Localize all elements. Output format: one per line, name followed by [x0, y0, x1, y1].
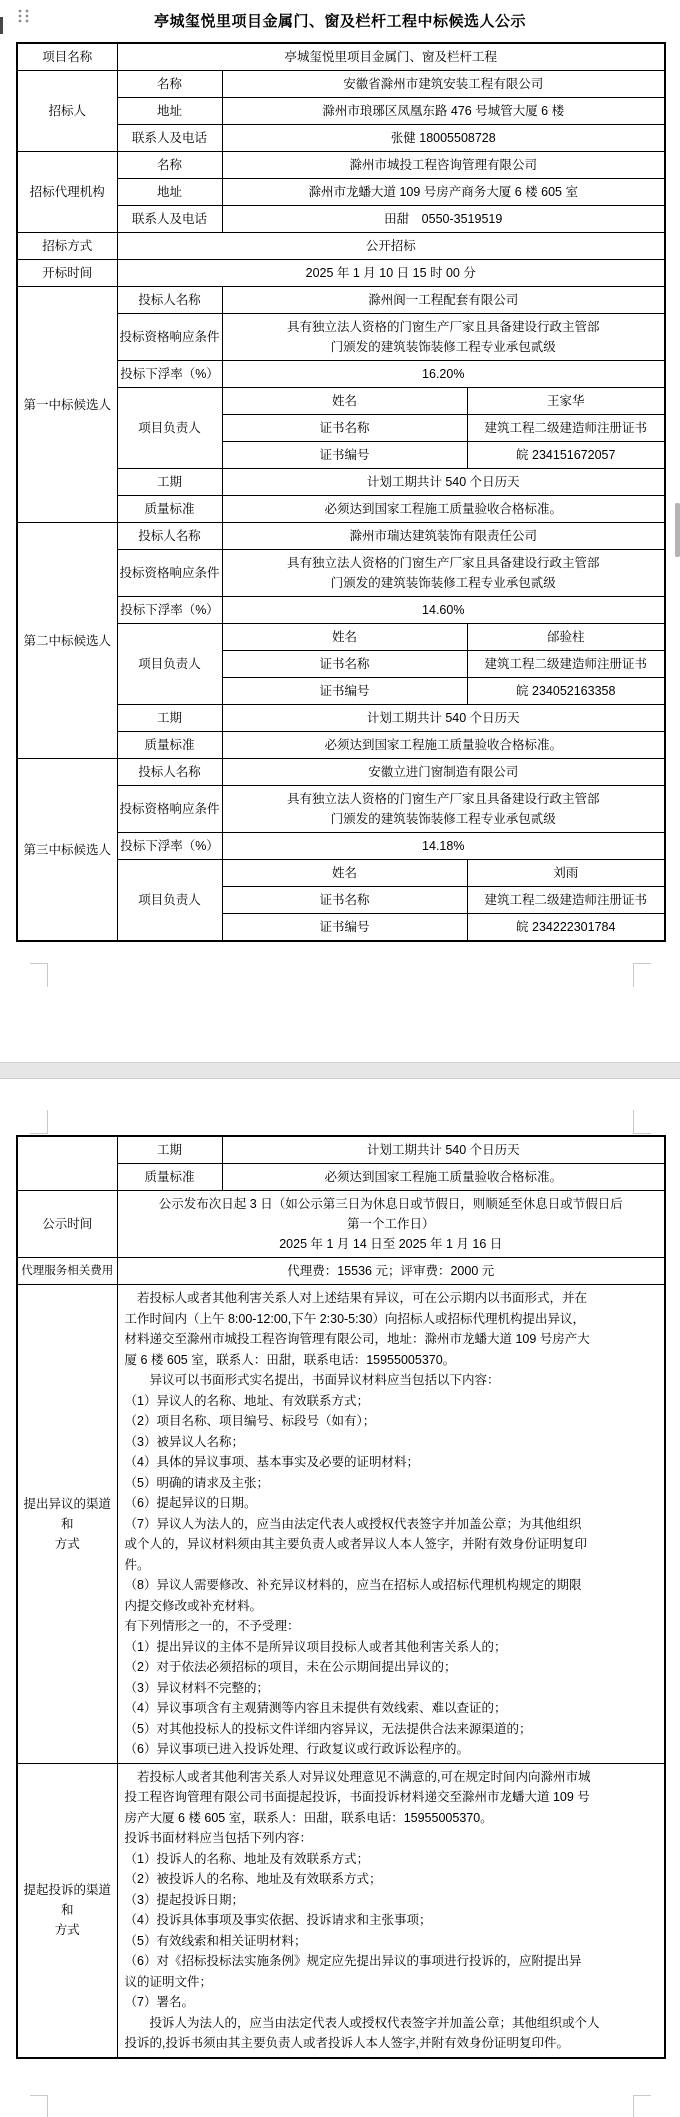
project-name-label: 项目名称	[17, 43, 117, 71]
table-row: 第一中标候选人 投标人名称 滁州阆一工程配套有限公司	[17, 287, 665, 314]
table-move-handle-icon[interactable]	[16, 8, 31, 24]
margin-mark-page2-bottom-right	[633, 2095, 651, 2117]
quality-value: 必须达到国家工程施工质量验收合格标准。	[222, 1164, 665, 1191]
duration-value: 计划工期共计 540 个日历天	[222, 705, 665, 732]
bidder-name-label: 投标人名称	[117, 287, 222, 314]
duration-value: 计划工期共计 540 个日历天	[222, 469, 665, 496]
table-row: 提出异议的渠道和 方式 若投标人或者其他利害关系人对上述结果有异议，可在公示期内…	[17, 1285, 665, 1764]
discount-label: 投标下浮率（%）	[117, 833, 222, 860]
person-name-label: 姓名	[222, 624, 467, 651]
qualification-label: 投标资格响应条件	[117, 550, 222, 597]
margin-mark-page2-bottom-left	[30, 2095, 48, 2117]
tenderer-name-value: 安徽省滁州市建筑安装工程有限公司	[222, 71, 665, 98]
document: 亭城玺悦里项目金属门、窗及栏杆工程中标候选人公示 项目名称 亭城玺悦里项目金属门…	[0, 0, 680, 2117]
bidder-name-value: 滁州市瑞达建筑装饰有限责任公司	[222, 523, 665, 550]
candidate-1-section: 第一中标候选人 投标人名称 滁州阆一工程配套有限公司 投标资格响应条件 具有独立…	[17, 287, 665, 523]
complaint-channel-label: 提起投诉的渠道和 方式	[17, 1763, 117, 2058]
qualification-value: 具有独立法人资格的门窗生产厂家且具备建设行政主管部 门颁发的建筑装饰装修工程专业…	[222, 314, 665, 361]
agency-contact-value: 田甜 0550-3519519	[222, 206, 665, 233]
tenderer-contact-value: 张健 18005508728	[222, 125, 665, 152]
page-2: 工期 计划工期共计 540 个日历天 质量标准 必须达到国家工程施工质量验收合格…	[0, 1079, 680, 2117]
table-row: 工期 计划工期共计 540 个日历天	[17, 1136, 665, 1164]
agency-address-value: 滁州市龙蟠大道 109 号房产商务大厦 6 楼 605 室	[222, 179, 665, 206]
bidder-name-value: 滁州阆一工程配套有限公司	[222, 287, 665, 314]
method-value: 公开招标	[117, 233, 665, 260]
open-time-value: 2025 年 1 月 10 日 15 时 00 分	[117, 260, 665, 287]
quality-label: 质量标准	[117, 1164, 222, 1191]
cert-name-label: 证书名称	[222, 651, 467, 678]
table-row: 提起投诉的渠道和 方式 若投标人或者其他利害关系人对异议处理意见不满意的,可在规…	[17, 1763, 665, 2058]
manager-label: 项目负责人	[117, 624, 222, 705]
method-label: 招标方式	[17, 233, 117, 260]
person-name-value: 邰验柱	[467, 624, 665, 651]
discount-label: 投标下浮率（%）	[117, 361, 222, 388]
agency-contact-label: 联系人及电话	[117, 206, 222, 233]
cert-name-value: 建筑工程二级建造师注册证书	[467, 887, 665, 914]
candidate-1-section-label: 第一中标候选人	[17, 287, 117, 523]
table-row: 招标方式 公开招标	[17, 233, 665, 260]
cert-no-label: 证书编号	[222, 678, 467, 705]
announcement-table-page2: 工期 计划工期共计 540 个日历天 质量标准 必须达到国家工程施工质量验收合格…	[16, 1135, 666, 2059]
quality-label: 质量标准	[117, 496, 222, 523]
open-time-label: 开标时间	[17, 260, 117, 287]
cert-no-value: 皖 234052163358	[467, 678, 665, 705]
table-row: 招标代理机构 名称 滁州市城投工程咨询管理有限公司	[17, 152, 665, 179]
table-row: 开标时间 2025 年 1 月 10 日 15 时 00 分	[17, 260, 665, 287]
agency-name-label: 名称	[117, 152, 222, 179]
complaint-channel-value: 若投标人或者其他利害关系人对异议处理意见不满意的,可在规定时间内向滁州市城 投工…	[117, 1763, 665, 2058]
agency-fee-value: 代理费：15536 元；评审费：2000 元	[117, 1258, 665, 1285]
quality-value: 必须达到国家工程施工质量验收合格标准。	[222, 496, 665, 523]
duration-value: 计划工期共计 540 个日历天	[222, 1136, 665, 1164]
agency-address-label: 地址	[117, 179, 222, 206]
announcement-table-page1: 项目名称 亭城玺悦里项目金属门、窗及栏杆工程 招标人 名称 安徽省滁州市建筑安装…	[16, 42, 666, 942]
qualification-value: 具有独立法人资格的门窗生产厂家且具备建设行政主管部 门颁发的建筑装饰装修工程专业…	[222, 550, 665, 597]
agency-fee-label: 代理服务相关费用	[17, 1258, 117, 1285]
candidate-3-continued-section: 工期 计划工期共计 540 个日历天 质量标准 必须达到国家工程施工质量验收合格…	[17, 1136, 665, 2058]
cert-name-value: 建筑工程二级建造师注册证书	[467, 651, 665, 678]
tenderer-label: 招标人	[17, 71, 117, 152]
margin-mark-page2-top-right	[633, 1110, 651, 1134]
person-name-label: 姓名	[222, 860, 467, 887]
person-name-value: 王家华	[467, 388, 665, 415]
candidate-3-section: 第三中标候选人 投标人名称 安徽立进门窗制造有限公司 投标资格响应条件 具有独立…	[17, 759, 665, 942]
quality-label: 质量标准	[117, 732, 222, 759]
cert-name-label: 证书名称	[222, 415, 467, 442]
table-row: 第三中标候选人 投标人名称 安徽立进门窗制造有限公司	[17, 759, 665, 786]
bidder-name-label: 投标人名称	[117, 759, 222, 786]
manager-label: 项目负责人	[117, 860, 222, 942]
margin-mark-page1-bottom-right	[633, 963, 651, 987]
cert-no-label: 证书编号	[222, 914, 467, 942]
page-separator	[0, 1062, 680, 1079]
candidate-3-section-label: 第三中标候选人	[17, 759, 117, 942]
tenderer-address-value: 滁州市琅琊区凤凰东路 476 号城管大厦 6 楼	[222, 98, 665, 125]
discount-value: 16.20%	[222, 361, 665, 388]
objection-channel-label: 提出异议的渠道和 方式	[17, 1285, 117, 1764]
margin-mark-page2-top-left	[30, 1110, 48, 1134]
table-row: 公示时间 公示发布次日起 3 日（如公示第三日为休息日或节假日，则顺延至休息日或…	[17, 1191, 665, 1258]
table-row: 代理服务相关费用 代理费：15536 元；评审费：2000 元	[17, 1258, 665, 1285]
manager-label: 项目负责人	[117, 388, 222, 469]
candidate-3-continued-cell	[17, 1136, 117, 1191]
publicity-time-label: 公示时间	[17, 1191, 117, 1258]
person-name-value: 刘雨	[467, 860, 665, 887]
quality-value: 必须达到国家工程施工质量验收合格标准。	[222, 732, 665, 759]
bidder-name-value: 安徽立进门窗制造有限公司	[222, 759, 665, 786]
agency-label: 招标代理机构	[17, 152, 117, 233]
publicity-time-value: 公示发布次日起 3 日（如公示第三日为休息日或节假日，则顺延至休息日或节假日后 …	[117, 1191, 665, 1258]
candidate-2-section: 第二中标候选人 投标人名称 滁州市瑞达建筑装饰有限责任公司 投标资格响应条件 具…	[17, 523, 665, 759]
person-name-label: 姓名	[222, 388, 467, 415]
table-row: 项目名称 亭城玺悦里项目金属门、窗及栏杆工程	[17, 43, 665, 71]
qualification-label: 投标资格响应条件	[117, 314, 222, 361]
project-name-value: 亭城玺悦里项目金属门、窗及栏杆工程	[117, 43, 665, 71]
duration-label: 工期	[117, 705, 222, 732]
tenderer-address-label: 地址	[117, 98, 222, 125]
cert-no-label: 证书编号	[222, 442, 467, 469]
table-row: 招标人 名称 安徽省滁州市建筑安装工程有限公司	[17, 71, 665, 98]
page-1: 亭城玺悦里项目金属门、窗及栏杆工程中标候选人公示 项目名称 亭城玺悦里项目金属门…	[0, 0, 680, 1062]
table-row: 第二中标候选人 投标人名称 滁州市瑞达建筑装饰有限责任公司	[17, 523, 665, 550]
cert-no-value: 皖 234222301784	[467, 914, 665, 942]
discount-value: 14.60%	[222, 597, 665, 624]
qualification-value: 具有独立法人资格的门窗生产厂家且具备建设行政主管部 门颁发的建筑装饰装修工程专业…	[222, 786, 665, 833]
cert-name-label: 证书名称	[222, 887, 467, 914]
objection-channel-value: 若投标人或者其他利害关系人对上述结果有异议，可在公示期内以书面形式，并在 工作时…	[117, 1285, 665, 1764]
qualification-label: 投标资格响应条件	[117, 786, 222, 833]
discount-label: 投标下浮率（%）	[117, 597, 222, 624]
page-title: 亭城玺悦里项目金属门、窗及栏杆工程中标候选人公示	[24, 9, 656, 35]
duration-label: 工期	[117, 1136, 222, 1164]
scrollbar-thumb[interactable]	[675, 503, 680, 557]
tenderer-contact-label: 联系人及电话	[117, 125, 222, 152]
left-edge-fragment	[0, 17, 3, 34]
margin-mark-page1-bottom-left	[30, 963, 48, 987]
header-section: 项目名称 亭城玺悦里项目金属门、窗及栏杆工程 招标人 名称 安徽省滁州市建筑安装…	[17, 43, 665, 287]
cert-no-value: 皖 234151672057	[467, 442, 665, 469]
tenderer-name-label: 名称	[117, 71, 222, 98]
bidder-name-label: 投标人名称	[117, 523, 222, 550]
discount-value: 14.18%	[222, 833, 665, 860]
duration-label: 工期	[117, 469, 222, 496]
cert-name-value: 建筑工程二级建造师注册证书	[467, 415, 665, 442]
agency-name-value: 滁州市城投工程咨询管理有限公司	[222, 152, 665, 179]
candidate-2-section-label: 第二中标候选人	[17, 523, 117, 759]
